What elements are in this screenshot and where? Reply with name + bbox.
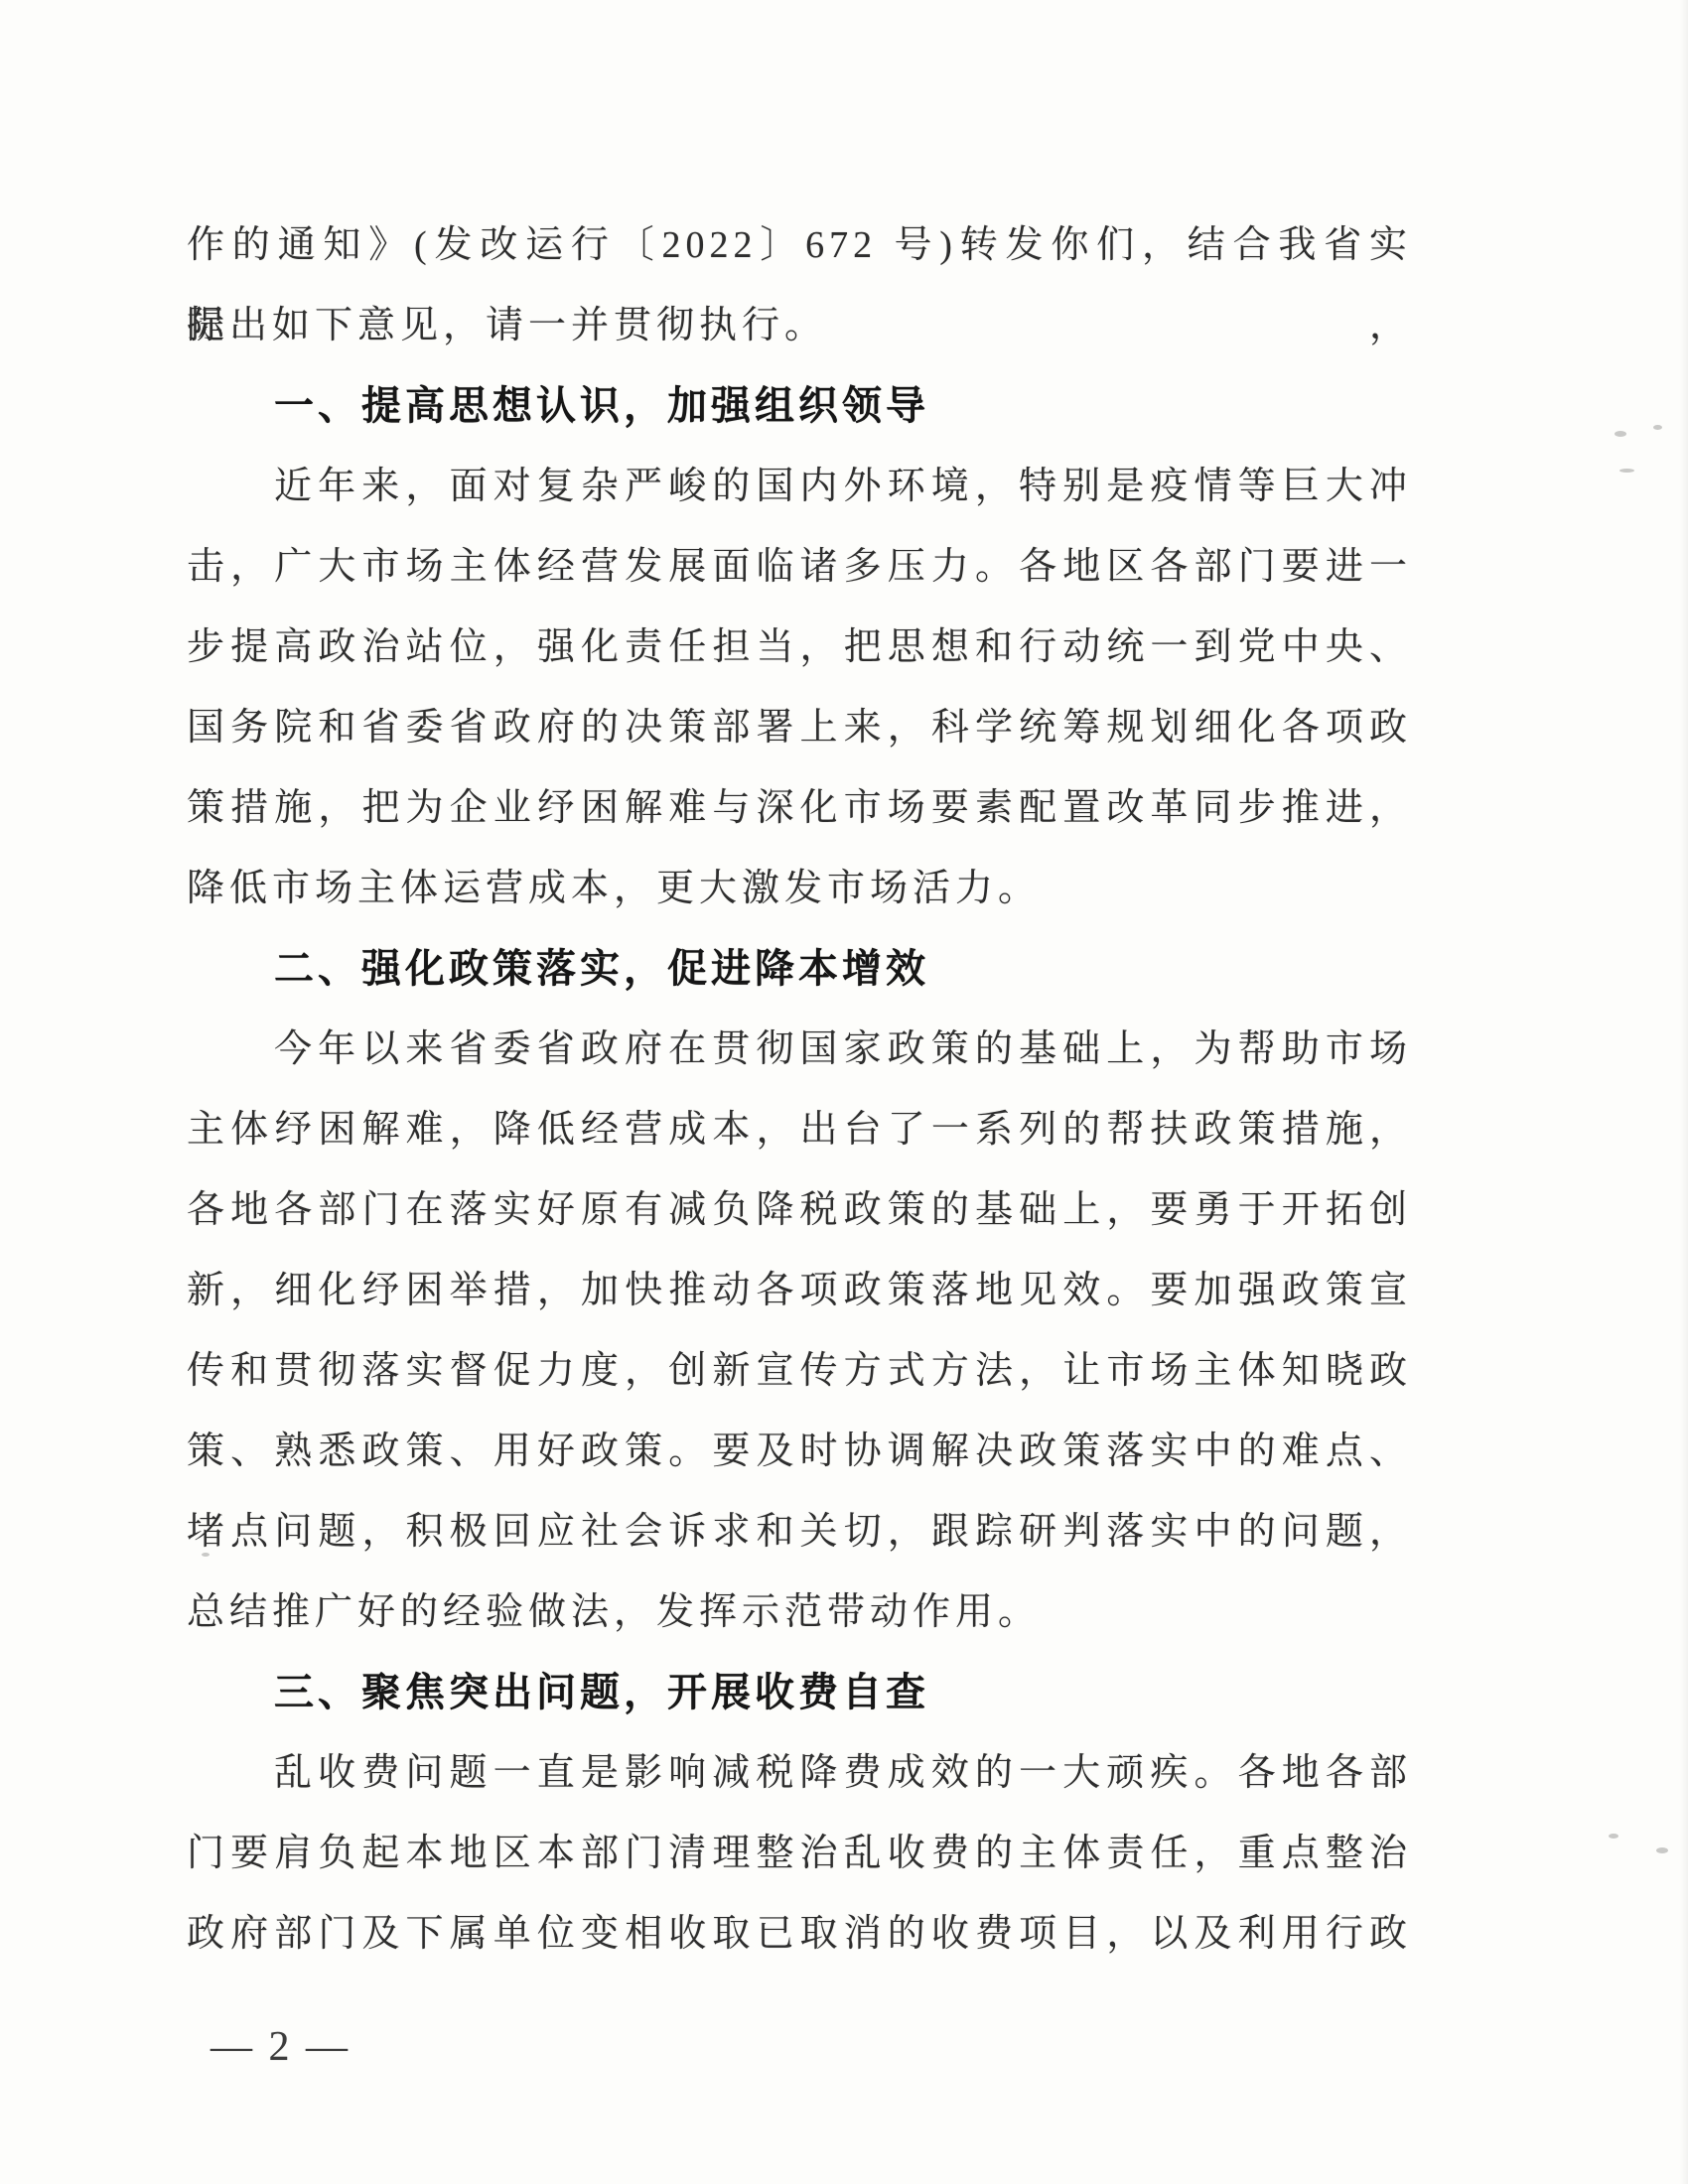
scan-speck (202, 1553, 210, 1557)
text-line: 政府部门及下属单位变相收取已取消的收费项目，以及利用行政 (187, 1894, 1412, 1975)
text-line: 策、熟悉政策、用好政策。要及时协调解决政策落实中的难点、 (187, 1412, 1412, 1492)
text-line: 策措施，把为企业纾困解难与深化市场要素配置改革同步推进， (187, 768, 1412, 849)
text-line: 步提高政治站位，强化责任担当，把思想和行动统一到党中央、 (187, 608, 1412, 688)
document-body: 作的通知》(发改运行〔2022〕672 号)转发你们，结合我省实际， 提出如下意… (187, 205, 1412, 1975)
text-line: 总结推广好的经验做法，发挥示范带动作用。 (187, 1572, 1412, 1653)
text-line: 新，细化纾困举措，加快推动各项政策落地见效。要加强政策宣 (187, 1251, 1412, 1331)
text-line: 降低市场主体运营成本，更大激发市场活力。 (187, 849, 1412, 929)
scan-edge-shadow (1680, 0, 1688, 2184)
document-page: 作的通知》(发改运行〔2022〕672 号)转发你们，结合我省实际， 提出如下意… (0, 0, 1688, 2184)
text-line: 国务院和省委省政府的决策部署上来，科学统筹规划细化各项政 (187, 688, 1412, 768)
scan-speck (1615, 431, 1626, 437)
scan-speck (1656, 1847, 1668, 1853)
scan-speck (1619, 469, 1634, 473)
section-heading: 二、强化政策落实，促进降本增效 (187, 929, 1412, 1010)
text-line: 堵点问题，积极回应社会诉求和关切，跟踪研判落实中的问题， (187, 1492, 1412, 1572)
text-line: 作的通知》(发改运行〔2022〕672 号)转发你们，结合我省实际， (187, 205, 1412, 286)
text-line: 主体纾困解难，降低经营成本，出台了一系列的帮扶政策措施， (187, 1090, 1412, 1170)
scan-speck (1653, 425, 1662, 430)
page-number: — 2 — (211, 2023, 351, 2071)
text-line: 门要肩负起本地区本部门清理整治乱收费的主体责任，重点整治 (187, 1814, 1412, 1894)
section-heading: 三、聚焦突出问题，开展收费自查 (187, 1653, 1412, 1733)
text-line: 击，广大市场主体经营发展面临诸多压力。各地区各部门要进一 (187, 527, 1412, 608)
text-line: 传和贯彻落实督促力度，创新宣传方式方法，让市场主体知晓政 (187, 1331, 1412, 1412)
text-line: 今年以来省委省政府在贯彻国家政策的基础上，为帮助市场 (187, 1010, 1412, 1090)
scan-speck (1609, 1834, 1618, 1839)
section-heading: 一、提高思想认识，加强组织领导 (187, 366, 1412, 447)
text-line: 近年来，面对复杂严峻的国内外环境，特别是疫情等巨大冲 (187, 447, 1412, 527)
text-line: 乱收费问题一直是影响减税降费成效的一大顽疾。各地各部 (187, 1733, 1412, 1814)
text-line: 各地各部门在落实好原有减负降税政策的基础上，要勇于开拓创 (187, 1170, 1412, 1251)
